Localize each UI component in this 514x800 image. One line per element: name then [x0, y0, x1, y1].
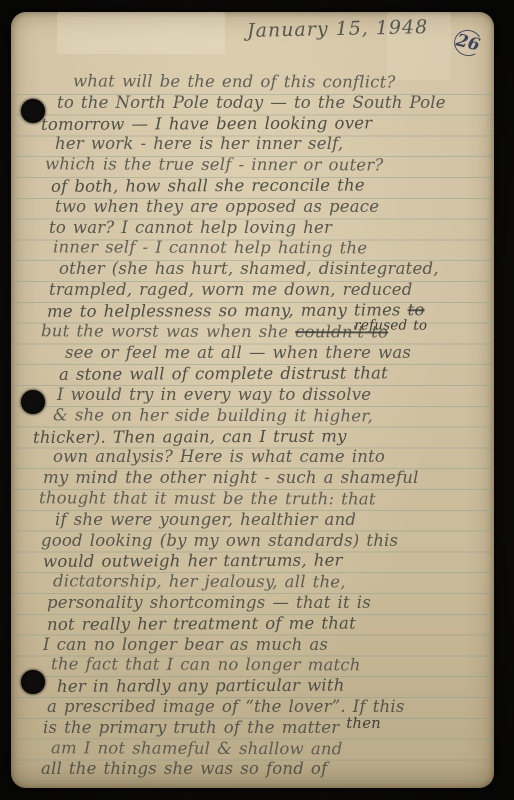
journal-line: if she were younger, healthier and: [11, 510, 488, 531]
journal-text: to war? I cannot help loving her: [49, 218, 332, 237]
journal-text: good looking (by my own standards) this: [41, 531, 398, 550]
journal-line: inner self - I cannot help hating the: [11, 238, 488, 260]
journal-line: her in hardly any particular with: [11, 675, 488, 698]
journal-text: inner self - I cannot help hating the: [53, 238, 367, 258]
paper-light-patch: [57, 12, 225, 54]
journal-text-insert: refused to: [354, 317, 427, 333]
journal-line: a stone wall of complete distrust that: [11, 363, 488, 386]
journal-line: personality shortcomings — that it is: [11, 593, 488, 614]
journal-line: I would try in every way to dissolve: [11, 385, 488, 406]
journal-text: tomorrow — I have been looking over: [41, 113, 372, 133]
journal-line: all the things she was so fond of: [11, 759, 488, 780]
photo-backdrop: January 15, 1948 26 what will be the end…: [0, 0, 514, 800]
journal-text: I would try in every way to dissolve: [57, 385, 371, 404]
journal-text-strike: to: [408, 300, 425, 319]
journal-line: to the North Pole today — to the South P…: [11, 93, 488, 114]
journal-line: to war? I cannot help loving her: [11, 218, 488, 239]
journal-line: her work - here is her inner self,: [11, 134, 488, 155]
page-number: 26: [454, 30, 482, 56]
journal-line: but the worst was when she couldn't tore…: [11, 321, 488, 344]
journal-text: what will be the end of this conflict?: [73, 71, 396, 91]
journal-text: am I not shameful & shallow and: [51, 738, 343, 758]
journal-line: thicker). Then again, can I trust my: [11, 426, 488, 449]
entry-date: January 15, 1948: [247, 16, 429, 42]
journal-text: two when they are opposed as peace: [55, 197, 379, 216]
journal-text: thicker). Then again, can I trust my: [33, 426, 347, 446]
journal-text: dictatorship, her jealousy, all the,: [53, 571, 346, 591]
journal-line: tomorrow — I have been looking over: [11, 113, 488, 136]
journal-lines: what will be the end of this conflict?to…: [11, 72, 488, 780]
journal-line: trampled, raged, worn me down, reduced: [11, 280, 488, 301]
journal-text: thought that it must be the truth: that: [39, 488, 376, 508]
journal-text: which is the true self - inner or outer?: [45, 154, 383, 174]
journal-line: own analysis? Here is what came into: [11, 447, 488, 468]
journal-text: the fact that I can no longer match: [51, 655, 361, 675]
journal-line: good looking (by my own standards) this: [11, 531, 488, 552]
journal-line: would outweigh her tantrums, her: [11, 550, 488, 573]
journal-line: my mind the other night - such a shamefu…: [11, 468, 488, 489]
journal-line: am I not shameful & shallow and: [11, 738, 488, 760]
journal-text: a stone wall of complete distrust that: [59, 364, 388, 384]
journal-line: see or feel me at all — when there was: [11, 343, 488, 364]
journal-text: if she were younger, healthier and: [55, 510, 356, 529]
journal-text: of both, how shall she reconcile the: [51, 175, 365, 195]
journal-line: dictatorship, her jealousy, all the,: [11, 571, 488, 593]
journal-line: what will be the end of this conflict?: [11, 71, 488, 93]
journal-line: of both, how shall she reconcile the: [11, 175, 488, 198]
journal-text: see or feel me at all — when there was: [65, 343, 411, 362]
journal-line: the fact that I can no longer match: [11, 654, 488, 676]
journal-text: her in hardly any particular with: [57, 676, 345, 696]
journal-line: a prescribed image of “the lover”. If th…: [11, 697, 488, 718]
journal-text: not really her treatment of me that: [47, 613, 356, 633]
journal-text: & she on her side building it higher,: [53, 405, 373, 425]
journal-text: personality shortcomings — that it is: [47, 593, 371, 612]
journal-line: I can no longer bear as much as: [11, 635, 488, 656]
journal-text: I can no longer bear as much as: [43, 635, 328, 654]
journal-text: is the primary truth of the matter: [43, 718, 346, 737]
journal-page: January 15, 1948 26 what will be the end…: [11, 12, 494, 788]
journal-text: would outweigh her tantrums, her: [43, 551, 343, 571]
journal-line: not really her treatment of me that: [11, 613, 488, 636]
page-number-circle: 26: [451, 27, 484, 59]
journal-text: trampled, raged, worn me down, reduced: [49, 280, 412, 299]
journal-text: own analysis? Here is what came into: [53, 447, 385, 466]
journal-line: which is the true self - inner or outer?: [11, 154, 488, 176]
journal-text: her work - here is her inner self,: [55, 134, 343, 153]
journal-text: to the North Pole today — to the South P…: [57, 93, 446, 112]
journal-line: is the primary truth of the matter then: [11, 718, 488, 739]
journal-line: two when they are opposed as peace: [11, 197, 488, 218]
journal-text: but the worst was when she: [41, 321, 295, 341]
journal-text: my mind the other night - such a shamefu…: [43, 468, 419, 487]
journal-text-raise: then: [346, 714, 381, 732]
journal-text: other (she has hurt, shamed, disintegrat…: [59, 259, 439, 278]
journal-line: & she on her side building it higher,: [11, 405, 488, 427]
journal-line: thought that it must be the truth: that: [11, 488, 488, 510]
journal-text: all the things she was so fond of: [41, 759, 327, 778]
journal-line: other (she has hurt, shamed, disintegrat…: [11, 259, 488, 280]
